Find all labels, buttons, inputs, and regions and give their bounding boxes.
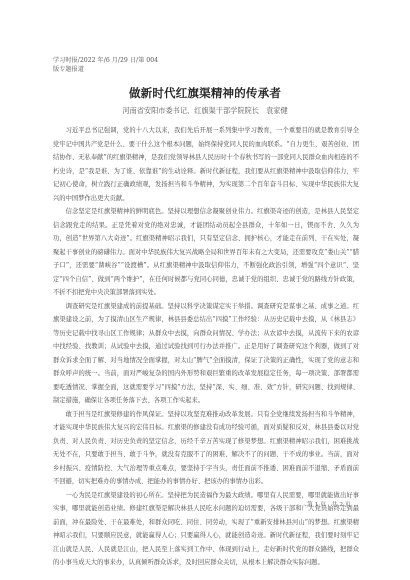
- meta-line-1: 学习时报/2022 年/6 月/29 日/第 004: [53, 56, 158, 65]
- page-number: 第 1 页 共 2 页: [307, 499, 351, 508]
- meta-line-2: 版专题报道: [53, 65, 158, 74]
- article-author: 河南省安阳市委书记、红旗渠干部学院院长 袁家健: [0, 106, 410, 116]
- publication-meta: 学习时报/2022 年/6 月/29 日/第 004 版专题报道: [53, 56, 158, 74]
- article-title: 做新时代红旗渠精神的传承者: [0, 85, 410, 101]
- paragraph: 信念坚定是红旗渠精神的鲜明底色。坚持以理想信念凝聚创业伟力。红旗渠奇迹的创造，是…: [53, 205, 359, 300]
- paragraph: 敢于担当是红旗渠修建的作风保证。坚持以攻坚克难推动改革发展。只有全党继续发扬担当…: [53, 408, 359, 489]
- document-page: 学习时报/2022 年/6 月/29 日/第 004 版专题报道 做新时代红旗渠…: [0, 0, 410, 580]
- paragraph: 调查研究是红旗渠建成的前提基础。坚持以科学决策谋定实干举措。调查研究是谋事之基、…: [53, 300, 359, 408]
- paragraph: 习近平总书记强调，党的十八大以来，我们先后开展一系列集中学习教育，一个重要目的就…: [53, 124, 359, 205]
